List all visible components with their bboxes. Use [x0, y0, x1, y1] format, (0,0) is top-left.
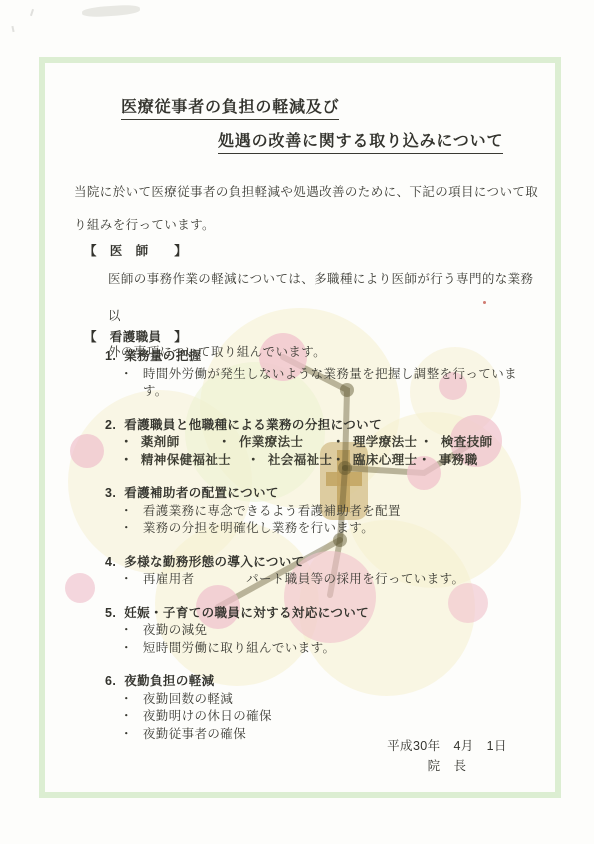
- roles-row: ・薬剤師・作業療法士・理学療法士・検査技師: [120, 434, 535, 452]
- bullet-dot: ・: [247, 452, 260, 470]
- intro-line: 当院に於いて医療従事者の負担軽減や処遇改善のために、下記の項目について取: [74, 176, 544, 209]
- bullet-line: ・夜勤の減免: [120, 622, 535, 640]
- item-number: 5.: [105, 605, 116, 623]
- role-item: ・臨床心理士: [332, 452, 418, 470]
- nurse-item-heading: 3.看護補助者の配置について: [105, 485, 535, 503]
- role-label: 薬剤師: [141, 434, 180, 452]
- doctor-body-line: 医師の事務作業の軽減については、多職種により医師が行う専門的な業務以: [108, 261, 538, 334]
- item-title: 多様な勤務形態の導入について: [124, 554, 304, 572]
- bullet-line: ・夜勤回数の軽減: [120, 691, 535, 709]
- role-item: ・作業療法士: [218, 434, 332, 452]
- bullet-dot: ・: [120, 452, 133, 470]
- bullet-text: 業務の分担を明確化し業務を行います。: [143, 520, 374, 538]
- item-number: 2.: [105, 417, 116, 435]
- item-title: 業務量の把握: [124, 348, 201, 366]
- doctor-section-heading: 【 医 師 】: [84, 241, 187, 259]
- nurse-section-heading: 【 看護職員 】: [84, 327, 187, 345]
- bullet-text: 夜勤回数の軽減: [143, 691, 233, 709]
- bullet-line: ・時間外労働が発生しないような業務量を把握し調整を行っています。: [120, 366, 535, 401]
- role-label: 臨床心理士: [353, 452, 418, 470]
- role-item: ・検査技師: [420, 434, 493, 452]
- document-content: 医療従事者の負担の軽減及び 処遇の改善に関する取り込みについて 当院に於いて医療…: [0, 0, 594, 844]
- bullet-dot: ・: [120, 434, 133, 452]
- bullet-dot: ・: [418, 452, 431, 470]
- document-title-line-2: 処遇の改善に関する取り込みについて: [218, 128, 503, 154]
- bullet-line: ・業務の分担を明確化し業務を行います。: [120, 520, 535, 538]
- role-label: 精神保健福祉士: [141, 452, 231, 470]
- bullet-dot: ・: [218, 434, 231, 452]
- intro-line: り組みを行っています。: [74, 209, 544, 242]
- role-item: ・精神保健福祉士: [120, 452, 247, 470]
- role-label: 作業療法士: [239, 434, 304, 452]
- bullet-text: 夜勤従事者の確保: [143, 726, 246, 744]
- title-text-1: 医療従事者の負担の軽減及び: [121, 94, 339, 120]
- role-item: ・薬剤師: [120, 434, 218, 452]
- nurse-item-3: 3.看護補助者の配置について・看護業務に専念できるよう看護補助者を配置・業務の分…: [105, 485, 535, 538]
- role-item: ・社会福祉士: [247, 452, 332, 470]
- bullet-dot: ・: [120, 520, 133, 538]
- nurse-item-2: 2.看護職員と他職種による業務の分担について・薬剤師・作業療法士・理学療法士・検…: [105, 417, 535, 470]
- bullet-dot: ・: [120, 622, 133, 640]
- item-number: 4.: [105, 554, 116, 572]
- nurse-item-1: 1.業務量の把握・時間外労働が発生しないような業務量を把握し調整を行っています。: [105, 348, 535, 401]
- nurse-items: 1.業務量の把握・時間外労働が発生しないような業務量を把握し調整を行っています。…: [105, 348, 535, 759]
- bullet-text: 時間外労働が発生しないような業務量を把握し調整を行っています。: [143, 366, 535, 401]
- scanned-page: 医療従事者の負担の軽減及び 処遇の改善に関する取り込みについて 当院に於いて医療…: [0, 0, 594, 844]
- nurse-item-4: 4.多様な勤務形態の導入について・再雇用者 パート職員等の採用を行っています。: [105, 554, 535, 589]
- bullet-text: 夜勤の減免: [143, 622, 208, 640]
- item-number: 3.: [105, 485, 116, 503]
- role-item: ・理学療法士: [332, 434, 420, 452]
- bullet-dot: ・: [420, 434, 433, 452]
- item-title: 妊娠・子育ての職員に対する対応について: [124, 605, 369, 623]
- bullet-text: 夜勤明けの休日の確保: [143, 708, 272, 726]
- bullet-dot: ・: [332, 434, 345, 452]
- role-label: 検査技師: [441, 434, 493, 452]
- bullet-line: ・再雇用者 パート職員等の採用を行っています。: [120, 571, 535, 589]
- title-text-2: 処遇の改善に関する取り込みについて: [218, 128, 503, 154]
- role-label: 理学療法士: [353, 434, 418, 452]
- bullet-dot: ・: [120, 691, 133, 709]
- bullet-dot: ・: [332, 452, 345, 470]
- nurse-item-6: 6.夜勤負担の軽減・夜勤回数の軽減・夜勤明けの休日の確保・夜勤従事者の確保: [105, 673, 535, 743]
- item-title: 看護補助者の配置について: [124, 485, 279, 503]
- item-number: 1.: [105, 348, 116, 366]
- bullet-dot: ・: [120, 726, 133, 744]
- bullet-dot: ・: [120, 640, 133, 658]
- bullet-dot: ・: [120, 503, 133, 521]
- bullet-text: 看護業務に専念できるよう看護補助者を配置: [143, 503, 401, 521]
- document-signer: 院 長: [358, 756, 536, 776]
- item-title: 夜勤負担の軽減: [124, 673, 214, 691]
- bullet-dot: ・: [120, 366, 133, 401]
- bullet-text: 再雇用者 パート職員等の採用を行っています。: [143, 571, 465, 589]
- nurse-item-heading: 6.夜勤負担の軽減: [105, 673, 535, 691]
- item-title: 看護職員と他職種による業務の分担について: [124, 417, 382, 435]
- document-date: 平成30年 4月 1日: [358, 736, 536, 756]
- signature-block: 平成30年 4月 1日 院 長: [358, 736, 536, 776]
- bullet-text: 短時間労働に取り組んでいます。: [143, 640, 336, 658]
- nurse-item-heading: 4.多様な勤務形態の導入について: [105, 554, 535, 572]
- bullet-line: ・夜勤明けの休日の確保: [120, 708, 535, 726]
- nurse-item-heading: 2.看護職員と他職種による業務の分担について: [105, 417, 535, 435]
- document-title-line-1: 医療従事者の負担の軽減及び: [121, 94, 339, 120]
- roles-row: ・精神保健福祉士・社会福祉士・臨床心理士・事務職: [120, 452, 535, 470]
- nurse-item-heading: 5.妊娠・子育ての職員に対する対応について: [105, 605, 535, 623]
- bullet-line: ・短時間労働に取り組んでいます。: [120, 640, 535, 658]
- nurse-item-heading: 1.業務量の把握: [105, 348, 535, 366]
- intro-paragraph: 当院に於いて医療従事者の負担軽減や処遇改善のために、下記の項目について取 り組み…: [74, 176, 544, 242]
- nurse-item-5: 5.妊娠・子育ての職員に対する対応について・夜勤の減免・短時間労働に取り組んでい…: [105, 605, 535, 658]
- bullet-line: ・看護業務に専念できるよう看護補助者を配置: [120, 503, 535, 521]
- bullet-dot: ・: [120, 571, 133, 589]
- role-item: ・事務職: [418, 452, 478, 470]
- item-number: 6.: [105, 673, 116, 691]
- role-label: 社会福祉士: [268, 452, 333, 470]
- role-label: 事務職: [439, 452, 478, 470]
- bullet-dot: ・: [120, 708, 133, 726]
